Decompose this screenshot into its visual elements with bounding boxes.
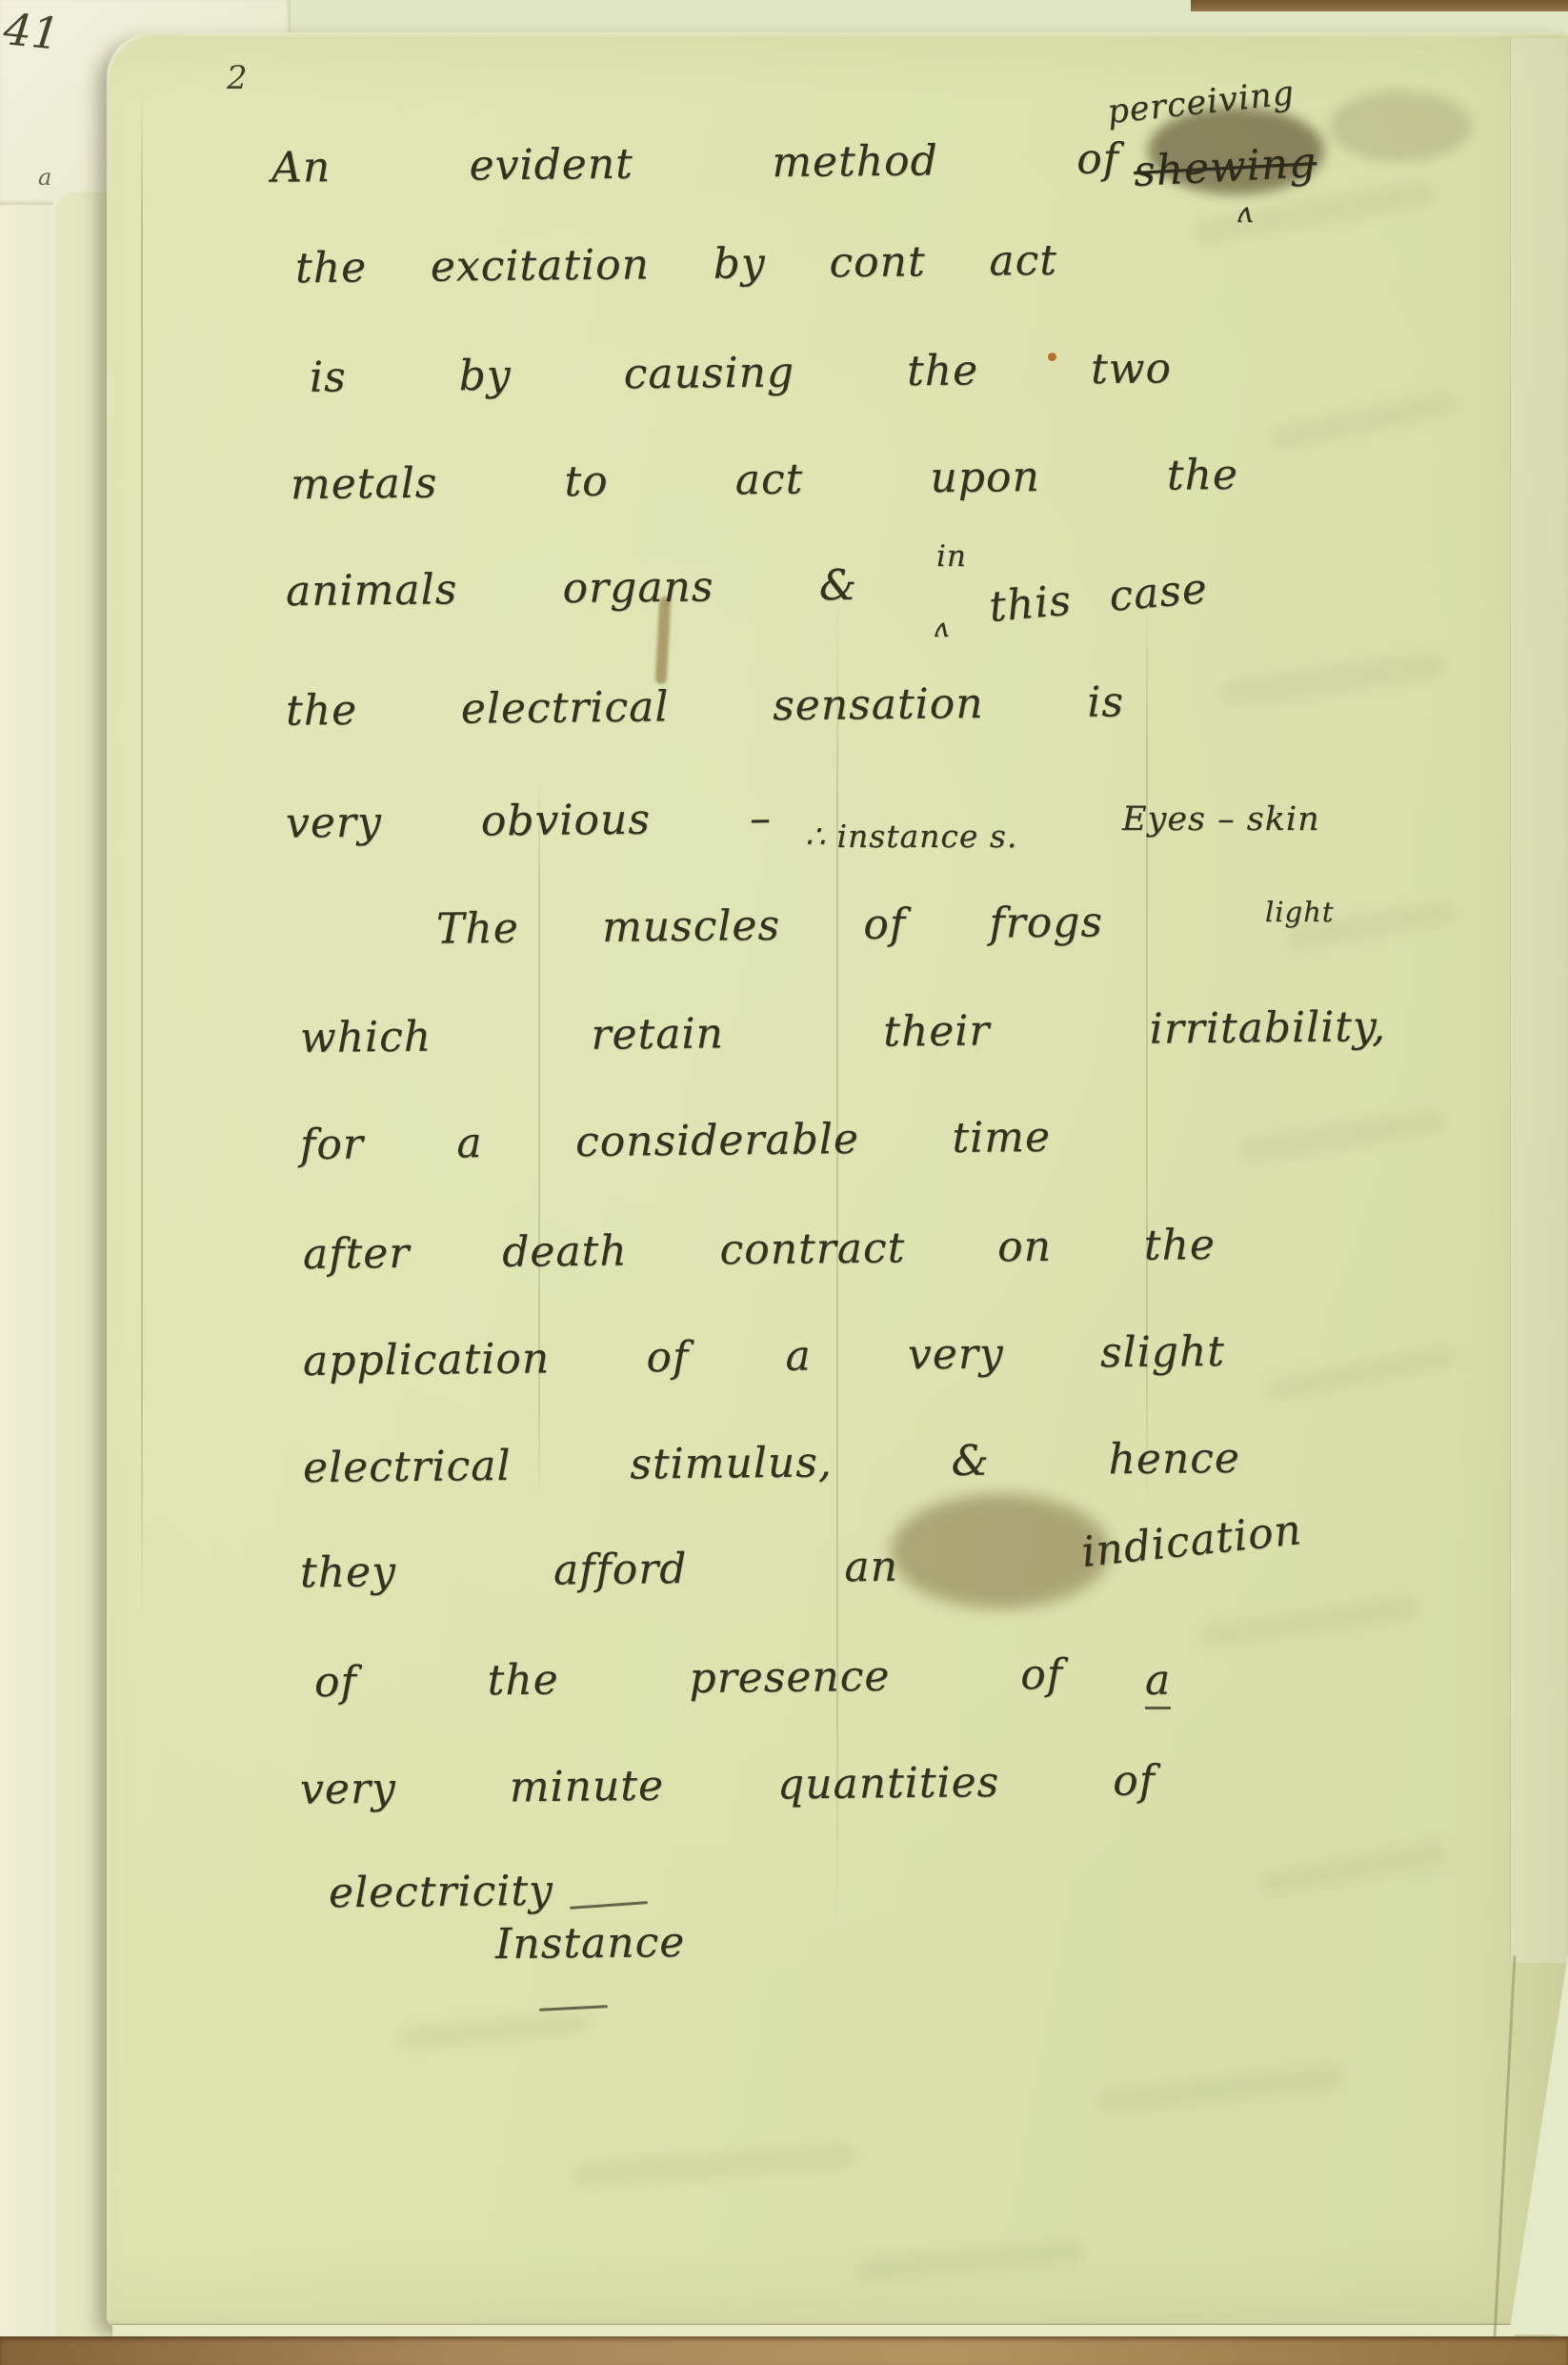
- struck-word: shewing: [1133, 138, 1318, 196]
- interlinear-note: ∴ instance s.: [805, 818, 1017, 855]
- instance-underline: [539, 2005, 608, 2011]
- inserted-word: in: [936, 539, 967, 574]
- manuscript-line: applicationofaveryslight: [303, 1327, 1225, 1385]
- manuscript-line: veryobvious–: [286, 794, 773, 847]
- manuscript-line: animalsorgans&: [286, 561, 858, 616]
- manuscript-line: theelectricalsensationis: [286, 677, 1124, 735]
- instance-overline: [570, 1901, 648, 1910]
- manuscript-line: Themusclesoffrogs: [436, 898, 1103, 953]
- manuscript-line: metalstoactuponthe: [291, 451, 1238, 509]
- manuscript-line-continuation: thiscase: [987, 564, 1210, 632]
- caret-mark: ʌ: [934, 612, 950, 643]
- photograph-of-manuscript: 41 a 2 Anevidentmethodof shewing perceiv…: [0, 0, 1568, 2365]
- manuscript-line: theyaffordan: [300, 1543, 898, 1598]
- manuscript-line: foraconsiderabletime: [300, 1113, 1051, 1169]
- manuscript-line: Anevidentmethodof: [271, 134, 1119, 192]
- manuscript-line: ofthepresenceof: [314, 1650, 1063, 1707]
- margin-mark: a: [38, 164, 51, 191]
- manuscript-line: theexcitationbycontact: [295, 236, 1057, 293]
- manuscript-line: Instance: [495, 1918, 686, 1969]
- manuscript-line: electricity: [329, 1867, 553, 1917]
- manuscript-line: afterdeathcontractonthe: [303, 1221, 1216, 1279]
- inserted-word: perceiving: [1105, 74, 1296, 131]
- manuscript-line-continuation: indication: [1079, 1506, 1304, 1577]
- handwritten-text-layer: 41 a 2 Anevidentmethodof shewing perceiv…: [0, 0, 1568, 2365]
- archive-page-number: 41: [1, 3, 62, 60]
- manuscript-line: isbycausingthetwo: [310, 344, 1172, 401]
- manuscript-line: veryminutequantitiesof: [300, 1756, 1156, 1813]
- underlined-word: a: [1145, 1656, 1171, 1709]
- interlinear-note: light: [1265, 896, 1334, 928]
- manuscript-line: whichretaintheirirritability,: [300, 1002, 1386, 1062]
- manuscript-line: electricalstimulus,&hence: [303, 1434, 1240, 1492]
- caret-mark: ʌ: [1236, 196, 1254, 230]
- page-number: 2: [227, 59, 248, 97]
- interlinear-note: Eyes – skin: [1122, 800, 1320, 839]
